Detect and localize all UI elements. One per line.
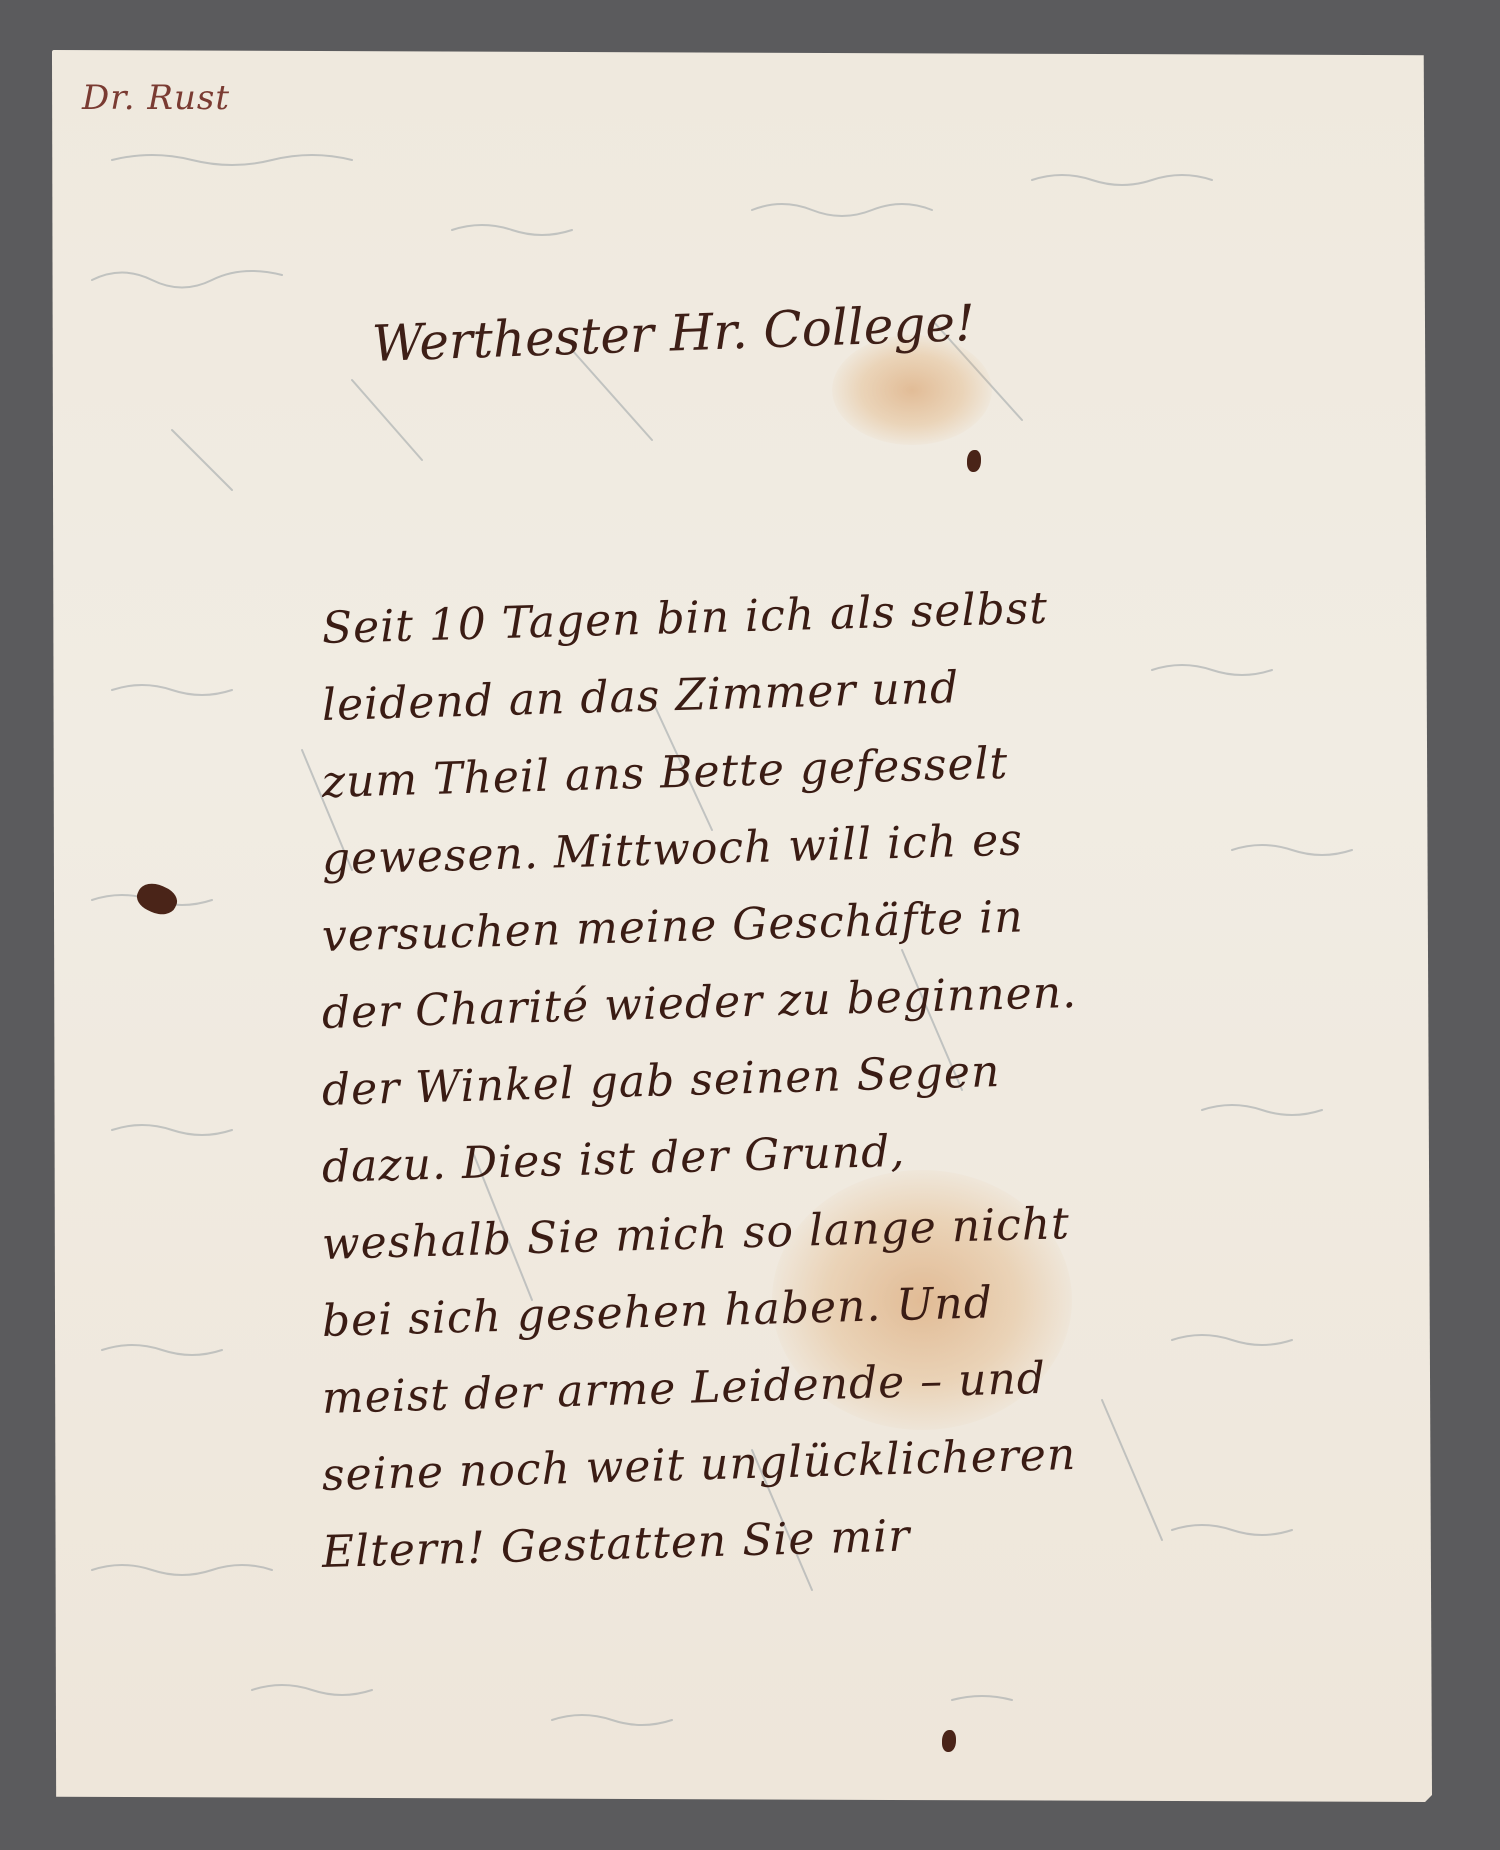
ink-blot-left xyxy=(133,878,181,920)
letter-body: Seit 10 Tagen bin ich als selbst leidend… xyxy=(322,590,1382,1591)
ink-blot-dot xyxy=(967,450,981,472)
ink-blot-bottom xyxy=(942,1730,956,1752)
letter-page: Dr. Rust Werthester Hr. College! Seit 10… xyxy=(52,50,1432,1802)
corner-annotation: Dr. Rust xyxy=(82,78,230,118)
